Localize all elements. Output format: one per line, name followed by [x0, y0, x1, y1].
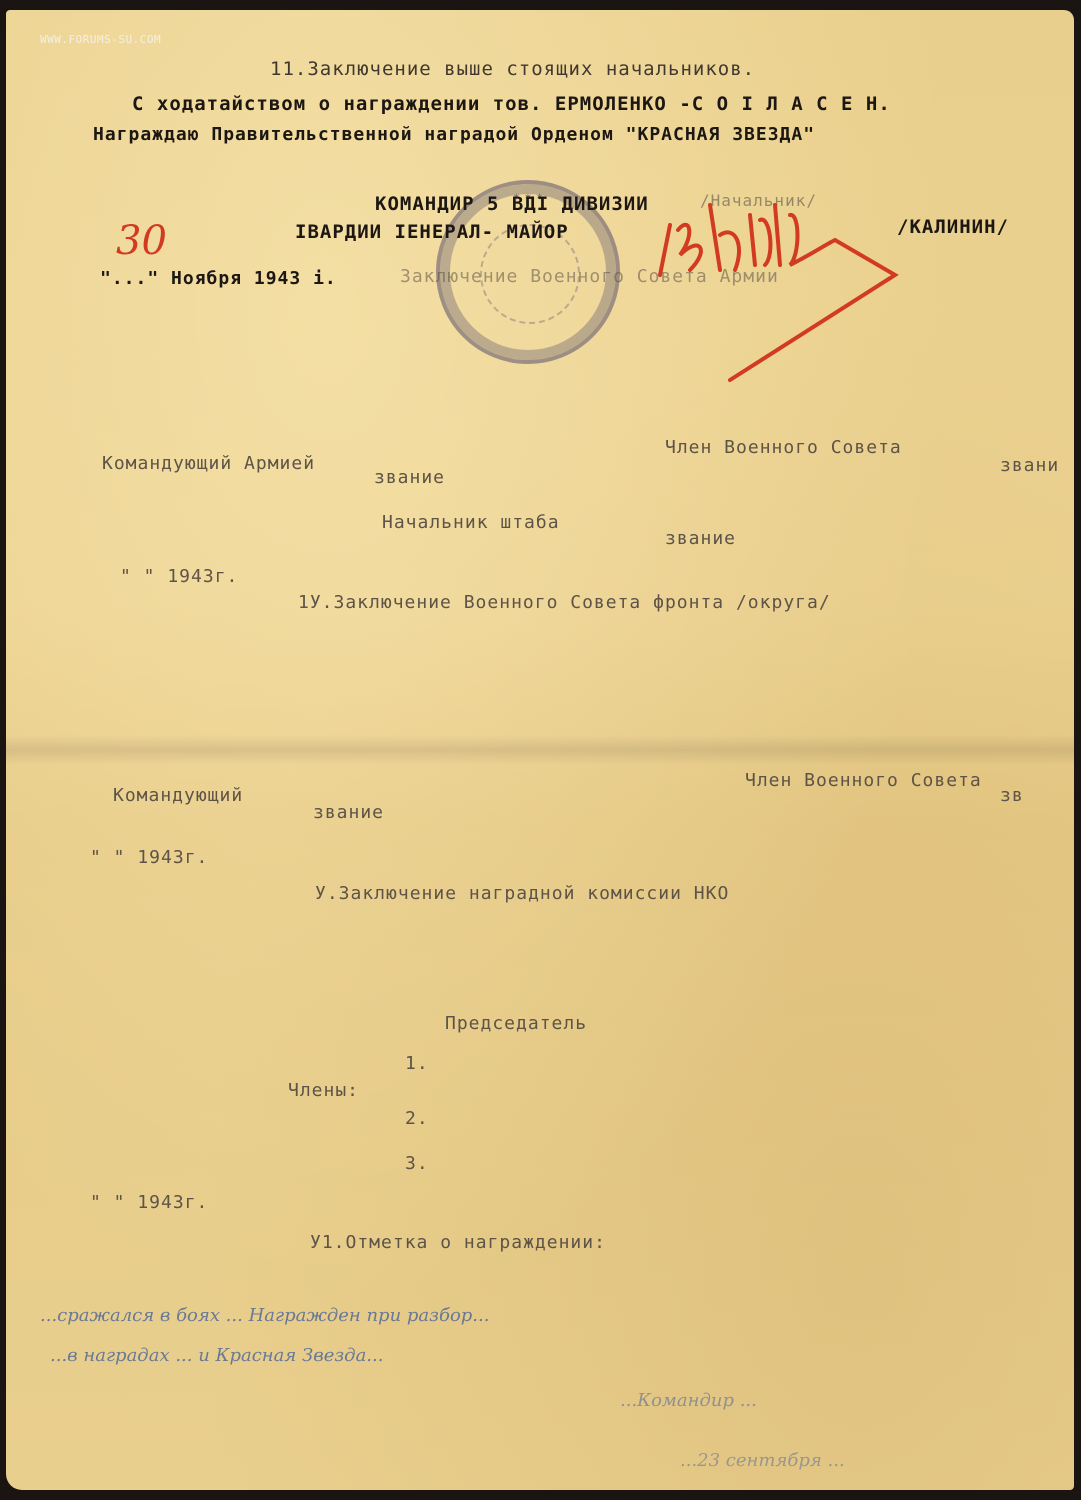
front-council-member-rank: зв	[1000, 785, 1024, 806]
section5-date: " " 1943г.	[90, 1192, 208, 1213]
section3-date: " " 1943г.	[120, 566, 238, 587]
bleed-through-line-2: ...в наградах ... и Красная Звезда...	[50, 1345, 383, 1366]
bleed-through-line-3: ...Командир ...	[620, 1390, 757, 1411]
paper-fold	[6, 735, 1074, 765]
members-label: Члены:	[288, 1080, 359, 1101]
member-number-2: 2.	[405, 1108, 429, 1129]
front-council-member-label: Член Военного Совета	[745, 770, 982, 791]
chairman-label: Председатель	[445, 1013, 587, 1034]
chief-of-staff-label: Начальник штаба	[382, 512, 560, 533]
army-commander-rank: звание	[374, 467, 445, 488]
front-commander-rank: звание	[313, 802, 384, 823]
watermark: WWW.FORUMS-SU.COM	[40, 33, 161, 46]
bleed-through-line-4: ...23 сентября ...	[680, 1450, 845, 1471]
section5-heading: У.Заключение наградной комиссии НКО	[315, 883, 729, 904]
chief-of-staff-rank: звание	[665, 528, 736, 549]
award-line: Награждаю Правительственной наградой Орд…	[93, 124, 815, 145]
council-member-label: Член Военного Совета	[665, 437, 902, 458]
petition-line: С ходатайством о награждении тов. ЕРМОЛЕ…	[132, 93, 891, 115]
bleed-through-line-1: ...сражался в боях ... Награжден при раз…	[40, 1305, 489, 1326]
member-number-1: 1.	[405, 1053, 429, 1074]
handwritten-day: 30	[116, 218, 167, 264]
section4-date: " " 1943г.	[90, 847, 208, 868]
commander-name: /КАЛИНИН/	[897, 216, 1009, 238]
member-number-3: 3.	[405, 1153, 429, 1174]
section4-heading: 1У.Заключение Военного Совета фронта /ок…	[298, 592, 831, 613]
commander-title: КОМАНДИР 5 ВДI ДИВИЗИИ	[375, 193, 649, 215]
red-signature	[650, 175, 910, 385]
section2-heading: 11.Заключение выше стоящих начальников.	[270, 58, 755, 80]
army-commander-label: Командующий Армией	[102, 453, 315, 474]
commander-rank: IВАРДИИ IЕНЕРАЛ- МАЙОР	[295, 221, 569, 243]
front-commander-label: Командующий	[113, 785, 243, 806]
council-member-rank: звани	[1000, 455, 1059, 476]
section6-heading: У1.Отметка о награждении:	[310, 1232, 606, 1253]
date-line: "..." Ноября 1943 i.	[100, 268, 337, 289]
